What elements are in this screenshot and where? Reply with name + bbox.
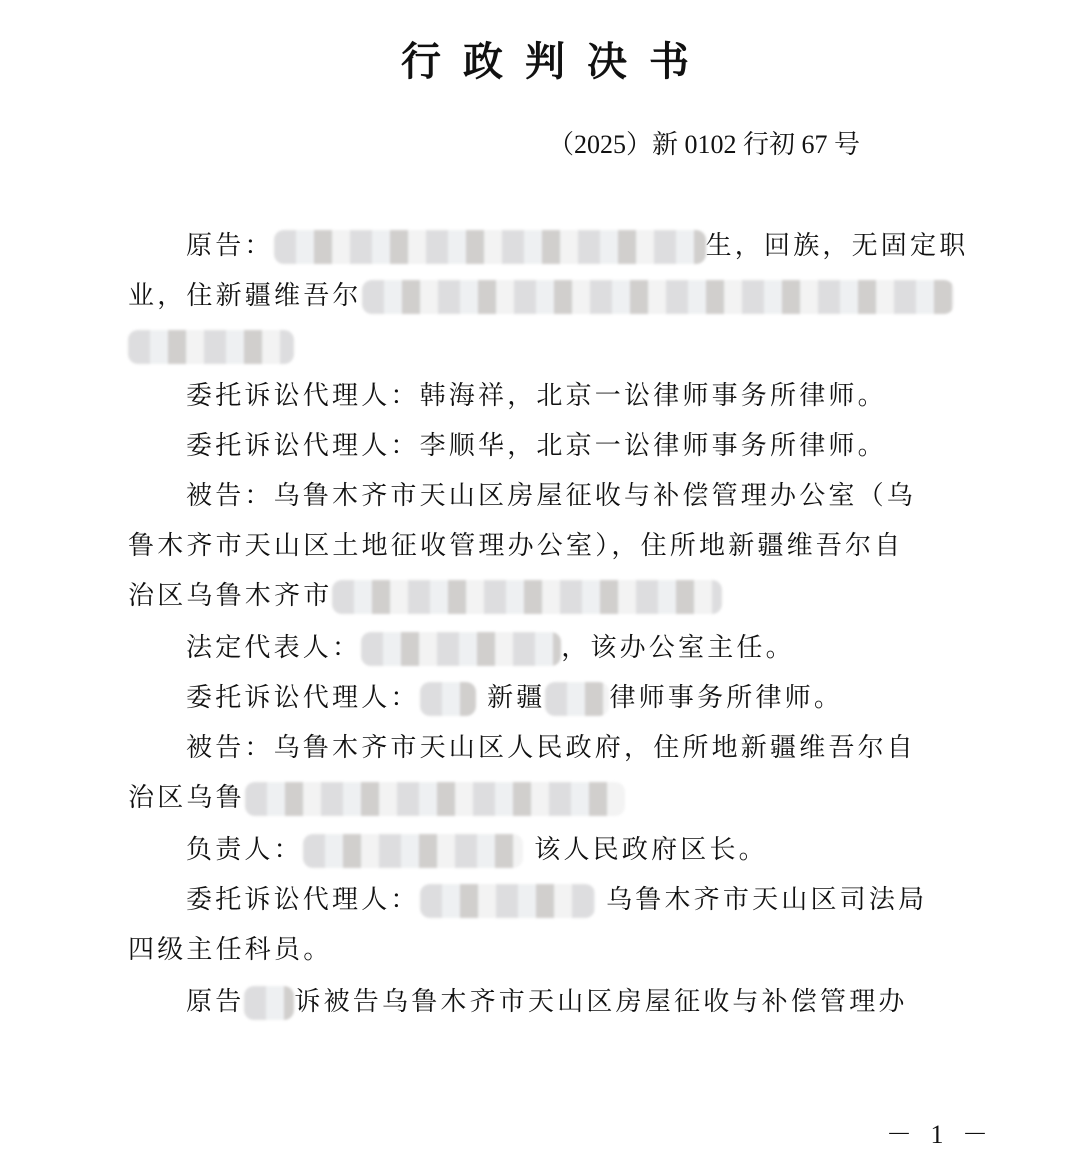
redacted-address bbox=[362, 280, 954, 314]
agent-line-4: 委托诉讼代理人： 乌鲁木齐市天山区司法局 bbox=[186, 880, 1016, 930]
defendant1-line-cont: 鲁木齐市天山区土地征收管理办公室），住所地新疆维吾尔自 bbox=[128, 526, 958, 576]
plaintiff-line: 原告：生，回族，无固定职 bbox=[186, 226, 1016, 276]
agent-line-3: 委托诉讼代理人： 新疆律师事务所律师。 bbox=[186, 678, 1016, 728]
redacted-name bbox=[244, 986, 294, 1020]
agent-line-1: 委托诉讼代理人：韩海祥，北京一讼律师事务所律师。 bbox=[186, 376, 1016, 426]
defendant1-line: 被告：乌鲁木齐市天山区房屋征收与补偿管理办公室（乌 bbox=[186, 476, 1016, 526]
redacted-address bbox=[128, 330, 294, 364]
plaintiff-address-cont bbox=[128, 326, 958, 376]
redacted-firm bbox=[545, 682, 609, 716]
agent-line-2: 委托诉讼代理人：李顺华，北京一讼律师事务所律师。 bbox=[186, 426, 1016, 476]
text: 诉被告乌鲁木齐市天山区房屋征收与补偿管理办 bbox=[294, 987, 907, 1017]
text: 治区乌鲁 bbox=[128, 783, 245, 813]
text: 原告 bbox=[186, 987, 244, 1017]
redacted-name bbox=[420, 682, 476, 716]
page-number: － 1 － bbox=[886, 1114, 994, 1151]
text: 律师事务所律师。 bbox=[609, 683, 843, 713]
redacted-address bbox=[245, 782, 625, 816]
case-number: （2025）新 0102 行初 67 号 bbox=[548, 124, 860, 161]
defendant2-address: 治区乌鲁 bbox=[128, 778, 958, 828]
text: 乌鲁木齐市天山区司法局 bbox=[606, 885, 927, 915]
defendant2-line: 被告：乌鲁木齐市天山区人民政府，住所地新疆维吾尔自 bbox=[186, 728, 1016, 778]
agent-line-4-cont: 四级主任科员。 bbox=[128, 930, 958, 980]
legal-rep-line: 法定代表人：，该办公室主任。 bbox=[186, 628, 1016, 678]
text: 治区乌鲁木齐市 bbox=[128, 581, 332, 611]
redacted-name bbox=[274, 230, 706, 264]
text: 该人民政府区长。 bbox=[534, 835, 768, 865]
text: 委托诉讼代理人： bbox=[186, 885, 420, 915]
text: 原告： bbox=[186, 231, 274, 261]
text: 负责人： bbox=[186, 835, 303, 865]
defendant1-address: 治区乌鲁木齐市 bbox=[128, 576, 958, 626]
case-summary-line: 原告诉被告乌鲁木齐市天山区房屋征收与补偿管理办 bbox=[186, 982, 1016, 1032]
text: 生，回族，无固定职 bbox=[706, 231, 969, 261]
text: 法定代表人： bbox=[186, 633, 361, 663]
text: 业，住新疆维吾尔 bbox=[128, 281, 362, 311]
text: 新疆 bbox=[487, 683, 545, 713]
document-title: 行政判决书 bbox=[0, 30, 1090, 87]
redacted-address bbox=[332, 580, 722, 614]
redacted-name bbox=[361, 632, 561, 666]
responsible-person-line: 负责人： 该人民政府区长。 bbox=[186, 830, 1016, 880]
redacted-name bbox=[420, 884, 595, 918]
text: 委托诉讼代理人： bbox=[186, 683, 420, 713]
text: ，该办公室主任。 bbox=[561, 633, 795, 663]
plaintiff-address-line: 业，住新疆维吾尔 bbox=[128, 276, 958, 326]
redacted-name bbox=[303, 834, 523, 868]
